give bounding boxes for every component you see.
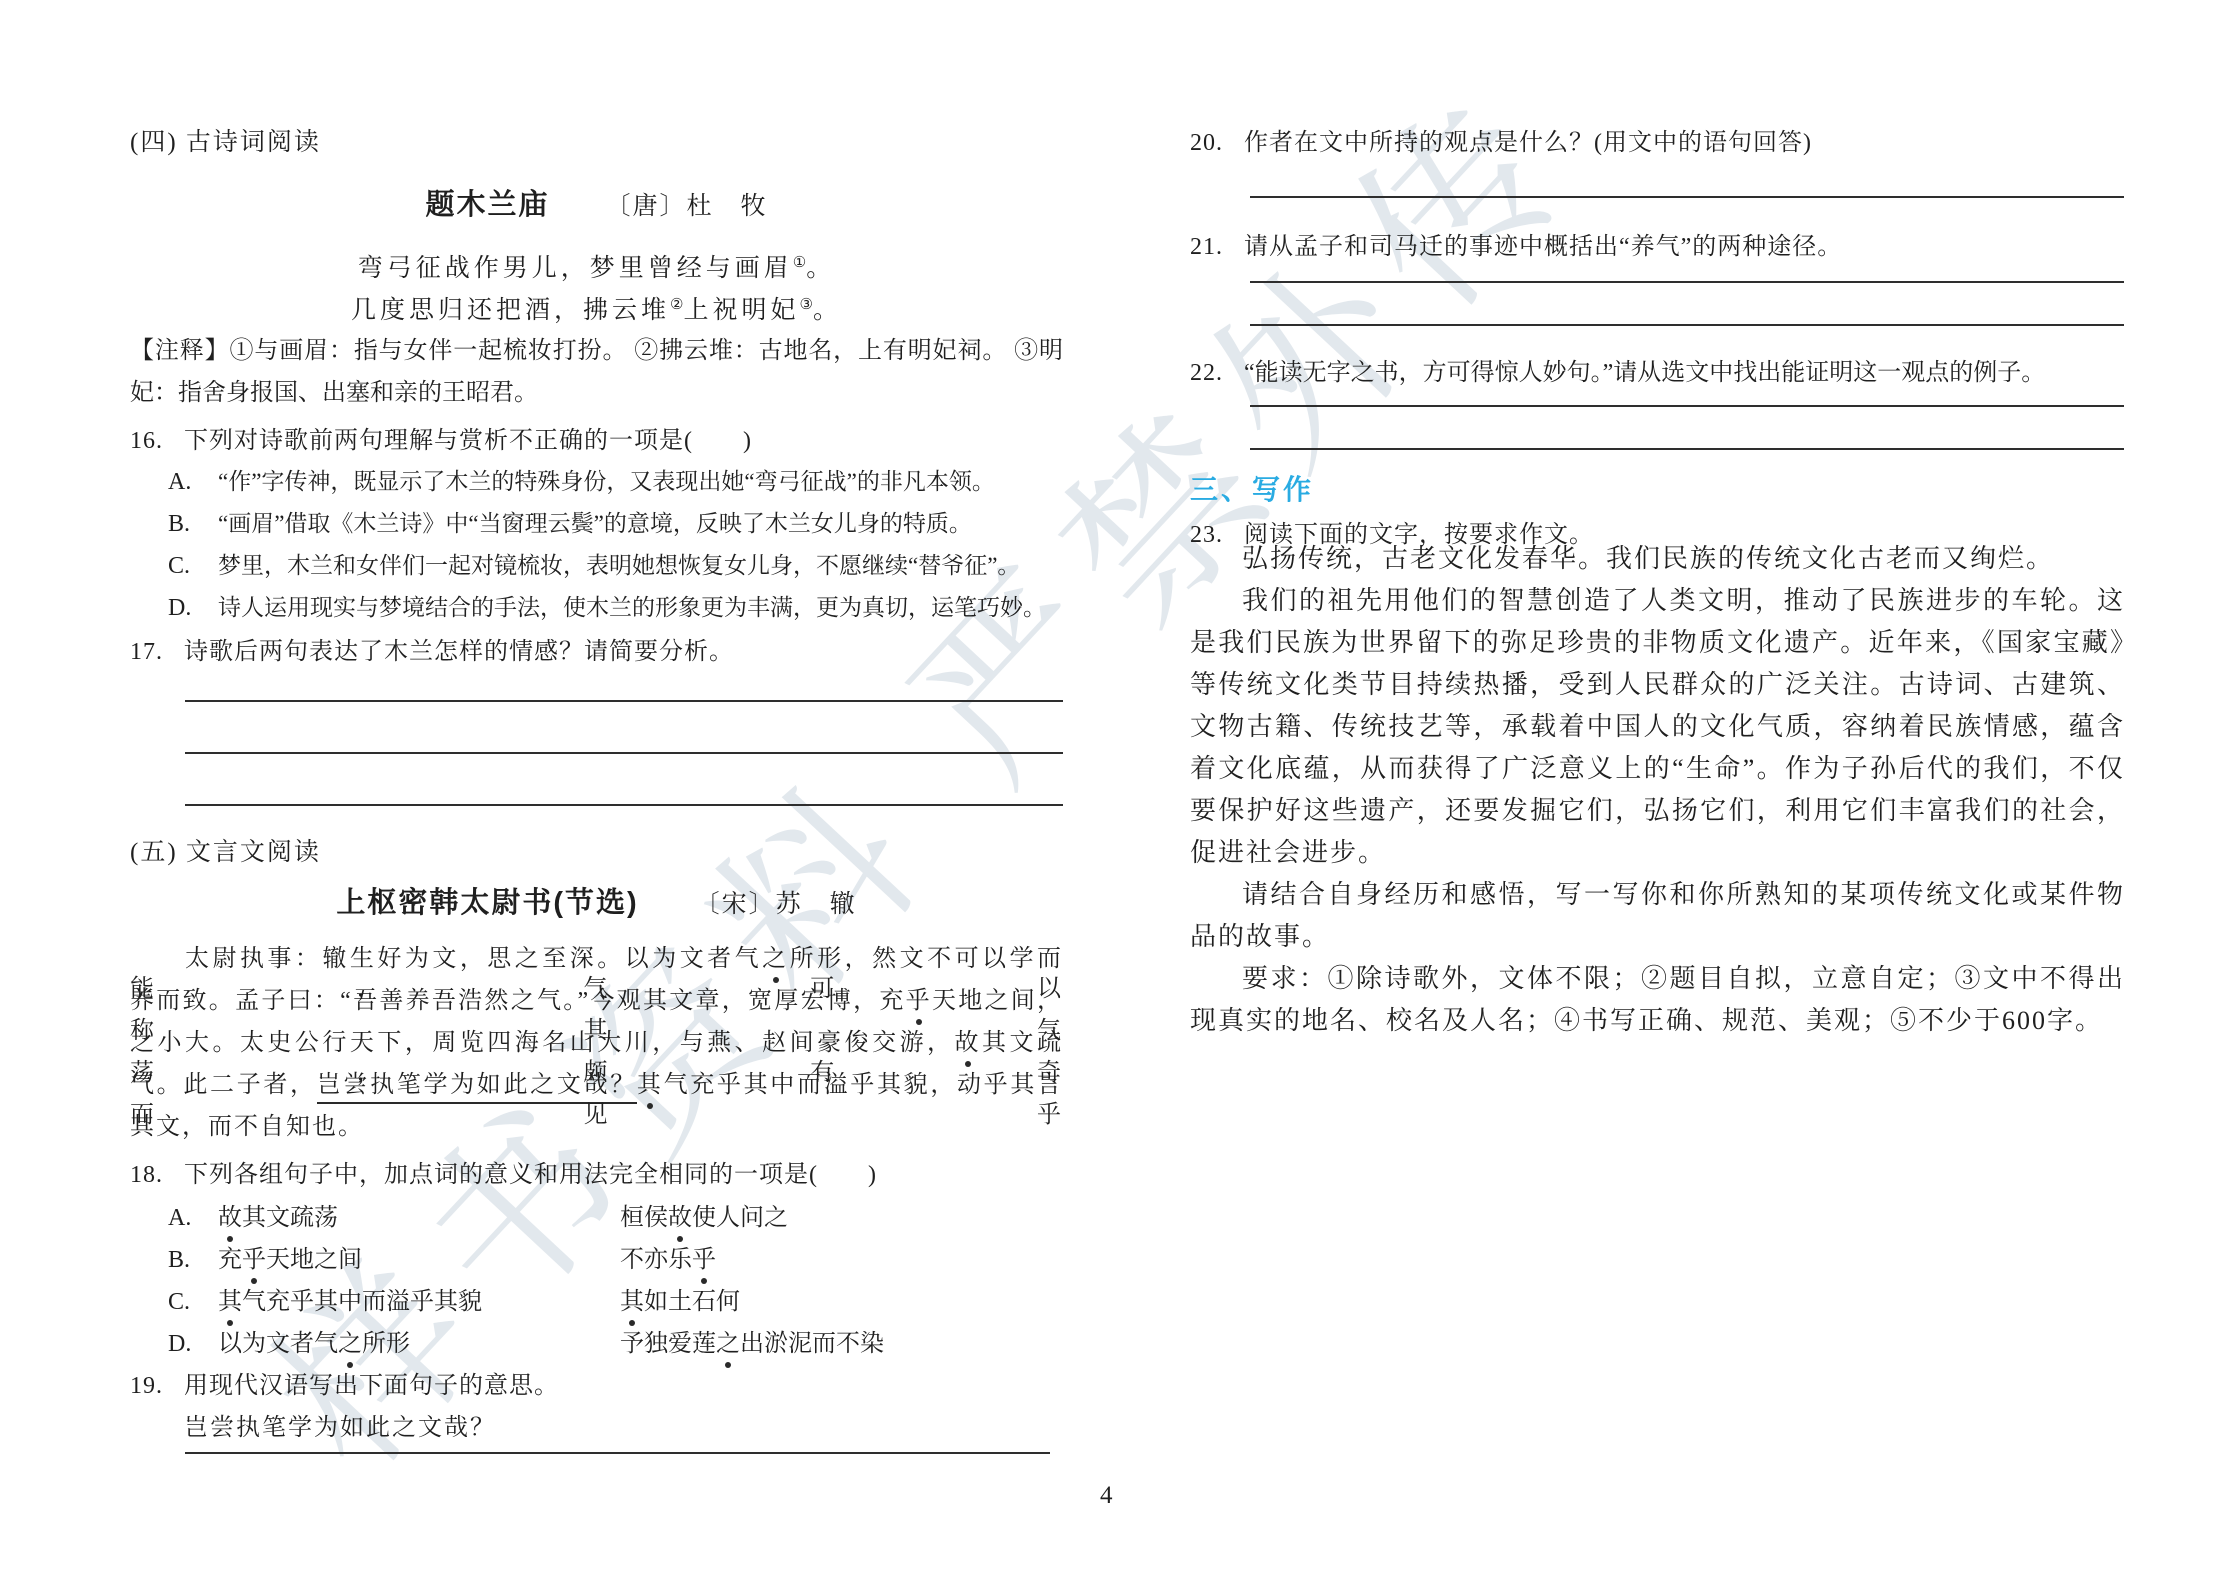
answer-line	[185, 700, 1063, 702]
poem-author: 〔唐〕杜 牧	[606, 193, 768, 220]
question-16-number: 16.	[130, 428, 184, 455]
section-heading-poetry: (四) 古诗词阅读	[130, 122, 321, 158]
emphasized-char: 故	[218, 1205, 242, 1231]
text-segment: 气。此二子者，	[130, 1072, 317, 1098]
exam-page: 样书资料 严禁外传 (四) 古诗词阅读 题木兰庙 〔唐〕杜 牧 弯弓征战作男儿，…	[0, 0, 2220, 1571]
answer-line	[185, 1452, 1050, 1454]
question-18: 18.下列各组句子中，加点词的意义和用法完全相同的一项是( )	[130, 1154, 877, 1189]
emphasized-char: 故	[955, 1030, 983, 1056]
question-20-number: 20.	[1190, 130, 1244, 157]
passage-line: 其文，而不自知也。	[130, 1112, 1063, 1142]
q18-option-a-right: 桓侯故使人问之	[620, 1197, 788, 1232]
question-21: 21.请从孟子和司马迁的事迹中概括出“养气”的两种途径。	[1190, 226, 1842, 261]
q16-option-a: A.“作”字传神，既显示了木兰的特殊身份，又表现出她“弯弓征战”的非凡本领。	[168, 463, 995, 496]
emphasized-char: 之	[762, 946, 790, 972]
question-22-number: 22.	[1190, 360, 1244, 387]
text-segment: 予独爱莲	[620, 1331, 716, 1357]
text-segment: 如土石何	[644, 1289, 740, 1315]
passage-title: 上枢密韩太尉书(节选)	[336, 887, 638, 919]
text-segment: 养而致。孟子曰：“吾善养吾浩然之气。”今观其文章，宽厚宏博，充	[130, 988, 906, 1014]
answer-line	[1250, 324, 2124, 326]
text-segment: 。	[806, 255, 835, 282]
emphasized-char: 乎	[242, 1247, 266, 1273]
essay-paragraph-2: 我们的祖先用他们的智慧创造了人类文明，推动了民族进步的车轮。这是我们民族为世界留…	[1190, 580, 2125, 874]
essay-paragraph-3: 请结合自身经历和感悟，写一写你和你所熟知的某项传统文化或某件物品的故事。	[1190, 874, 2125, 958]
text-segment: 以为文者气	[218, 1331, 338, 1357]
section-heading-writing: 三、写作	[1190, 468, 1314, 508]
question-18-text: 下列各组句子中，加点词的意义和用法完全相同的一项是( )	[184, 1162, 877, 1188]
text-segment: 使人问之	[692, 1205, 788, 1231]
question-21-text: 请从孟子和司马迁的事迹中概括出“养气”的两种途径。	[1244, 234, 1842, 260]
emphasized-char: 其	[218, 1289, 242, 1315]
text-segment: 之小大。太史公行天下，周览四海名山大川，与燕、赵间豪俊交游，	[130, 1030, 955, 1056]
text-segment: 不亦乐	[620, 1247, 692, 1273]
q16-option-c: C.梦里，木兰和女伴们一起对镜梳妆，表明她想恢复女儿身，不愿继续“替爷征”。	[168, 547, 1020, 580]
text-segment: 太尉执事：辙生好为文，思之至深。以为文者气	[130, 946, 762, 972]
q18-option-b: B.充乎天地之间 不亦乐乎	[168, 1239, 362, 1274]
text-segment: 所形	[362, 1331, 410, 1357]
text-segment: 桓侯	[620, 1205, 668, 1231]
emphasized-char: 故	[668, 1205, 692, 1231]
question-17-number: 17.	[130, 639, 184, 666]
poem-note-line-1: 【注释】①与画眉：指与女伴一起梳妆打扮。 ②拂云堆：古地名，上有明妃祠。 ③明	[130, 336, 1063, 366]
text-segment: 。	[813, 297, 842, 324]
poem-title-row: 题木兰庙 〔唐〕杜 牧	[130, 182, 1063, 223]
q16-option-b-text: “画眉”借取《木兰诗》中“当窗理云鬓”的意境，反映了木兰女儿身的特质。	[218, 511, 972, 536]
q18-option-b-right: 不亦乐乎	[620, 1239, 716, 1274]
emphasized-char: 乎	[692, 1247, 716, 1273]
passage-author: 〔宋〕苏 辙	[695, 891, 857, 918]
text-segment: 气充乎其中而溢乎其貌	[242, 1289, 482, 1315]
answer-line	[1250, 196, 2124, 198]
essay-paragraph-1: 弘扬传统，古老文化发春华。我们民族的传统文化古老而又绚烂。	[1190, 538, 2125, 580]
q18-option-b-left: 充乎天地之间	[218, 1247, 362, 1273]
note-superscript: ②	[670, 297, 683, 313]
answer-line	[185, 804, 1063, 806]
q18-option-d-left: 以为文者气之所形	[218, 1331, 410, 1357]
question-22-text: “能读无字之书，方可得惊人妙句。”请从选文中找出能证明这一观点的例子。	[1244, 360, 2045, 386]
essay-prompt: 弘扬传统，古老文化发春华。我们民族的传统文化古老而又绚烂。 我们的祖先用他们的智…	[1190, 538, 2125, 1042]
q18-option-c-left: 其气充乎其中而溢乎其貌	[218, 1289, 482, 1315]
text-segment: 其文疏荡	[242, 1205, 338, 1231]
q18-option-d-label: D.	[168, 1331, 218, 1358]
q16-option-d: D.诗人运用现实与梦境结合的手法，使木兰的形象更为丰满，更为真切，运笔巧妙。	[168, 589, 1046, 622]
q16-option-b: B.“画眉”借取《木兰诗》中“当窗理云鬓”的意境，反映了木兰女儿身的特质。	[168, 505, 972, 538]
question-18-number: 18.	[130, 1162, 184, 1189]
emphasized-char: 其	[620, 1289, 644, 1315]
text-segment: 出淤泥而不染	[740, 1331, 884, 1357]
answer-line	[1250, 448, 2124, 450]
q16-option-b-label: B.	[168, 511, 218, 538]
underlined-phrase: 岂尝执笔学为如此之文哉？	[317, 1072, 637, 1104]
q16-option-a-text: “作”字传神，既显示了木兰的特殊身份，又表现出她“弯弓征战”的非凡本领。	[218, 469, 995, 494]
answer-line	[1250, 281, 2124, 283]
poem-title: 题木兰庙	[425, 189, 549, 221]
q18-option-c: C.其气充乎其中而溢乎其貌 其如土石何	[168, 1281, 482, 1316]
question-19: 19.用现代汉语写出下面句子的意思。	[130, 1365, 559, 1400]
question-21-number: 21.	[1190, 234, 1244, 261]
question-19-text: 用现代汉语写出下面句子的意思。	[184, 1373, 559, 1399]
question-19-number: 19.	[130, 1373, 184, 1400]
note-superscript: ①	[793, 255, 806, 271]
poem-line-2: 几度思归还把酒，拂云堆②上祝明妃③。	[130, 290, 1063, 326]
question-20-text: 作者在文中所持的观点是什么？(用文中的语句回答)	[1244, 130, 1812, 156]
text-segment: 上祝明妃	[683, 297, 799, 324]
q16-option-a-label: A.	[168, 469, 218, 496]
section-heading-classical: (五) 文言文阅读	[130, 832, 321, 868]
question-16: 16.下列对诗歌前两句理解与赏析不正确的一项是( )	[130, 420, 752, 455]
q18-option-c-label: C.	[168, 1289, 218, 1316]
poem-note-line-2: 妃：指舍身报国、出塞和亲的王昭君。	[130, 378, 1063, 408]
essay-paragraph-4: 要求：①除诗歌外，文体不限；②题目自拟，立意自定；③文中不得出现真实的地名、校名…	[1190, 958, 2125, 1042]
question-22: 22.“能读无字之书，方可得惊人妙句。”请从选文中找出能证明这一观点的例子。	[1190, 352, 2045, 387]
question-20: 20.作者在文中所持的观点是什么？(用文中的语句回答)	[1190, 122, 1812, 157]
emphasized-char: 之	[716, 1331, 740, 1357]
emphasized-char: 其	[637, 1072, 664, 1098]
passage-title-row: 上枢密韩太尉书(节选) 〔宋〕苏 辙	[130, 880, 1063, 921]
answer-line	[1250, 405, 2124, 407]
q16-option-d-label: D.	[168, 595, 218, 622]
q18-option-d-right: 予独爱莲之出淤泥而不染	[620, 1323, 884, 1358]
q18-option-d: D.以为文者气之所形 予独爱莲之出淤泥而不染	[168, 1323, 410, 1358]
note-superscript: ③	[800, 297, 813, 313]
q16-option-c-text: 梦里，木兰和女伴们一起对镜梳妆，表明她想恢复女儿身，不愿继续“替爷征”。	[218, 553, 1020, 578]
text-segment: 几度思归还把酒，拂云堆	[351, 297, 670, 324]
page-number: 4	[1100, 1482, 1113, 1510]
q16-option-c-label: C.	[168, 553, 218, 580]
text-segment: 天地之间	[266, 1247, 362, 1273]
text-segment: 充	[218, 1247, 242, 1273]
q18-option-b-label: B.	[168, 1247, 218, 1274]
question-17-text: 诗歌后两句表达了木兰怎样的情感？请简要分析。	[184, 639, 734, 665]
q18-option-a-label: A.	[168, 1205, 218, 1232]
emphasized-char: 乎	[906, 988, 932, 1014]
q18-option-c-right: 其如土石何	[620, 1281, 740, 1316]
poem-line-1: 弯弓征战作男儿，梦里曾经与画眉①。	[130, 248, 1063, 284]
text-segment: 弯弓征战作男儿，梦里曾经与画眉	[358, 255, 793, 282]
q16-option-d-text: 诗人运用现实与梦境结合的手法，使木兰的形象更为丰满，更为真切，运笔巧妙。	[218, 595, 1046, 620]
q19-sentence: 岂尝执笔学为如此之文哉？	[184, 1407, 496, 1442]
q18-option-a: A.故其文疏荡 桓侯故使人问之	[168, 1197, 338, 1232]
q18-option-a-left: 故其文疏荡	[218, 1205, 338, 1231]
question-17: 17.诗歌后两句表达了木兰怎样的情感？请简要分析。	[130, 631, 734, 666]
answer-line	[185, 752, 1063, 754]
text-segment: 其文，而不自知也。	[130, 1114, 364, 1140]
emphasized-char: 之	[338, 1331, 362, 1357]
question-16-text: 下列对诗歌前两句理解与赏析不正确的一项是( )	[184, 428, 752, 454]
